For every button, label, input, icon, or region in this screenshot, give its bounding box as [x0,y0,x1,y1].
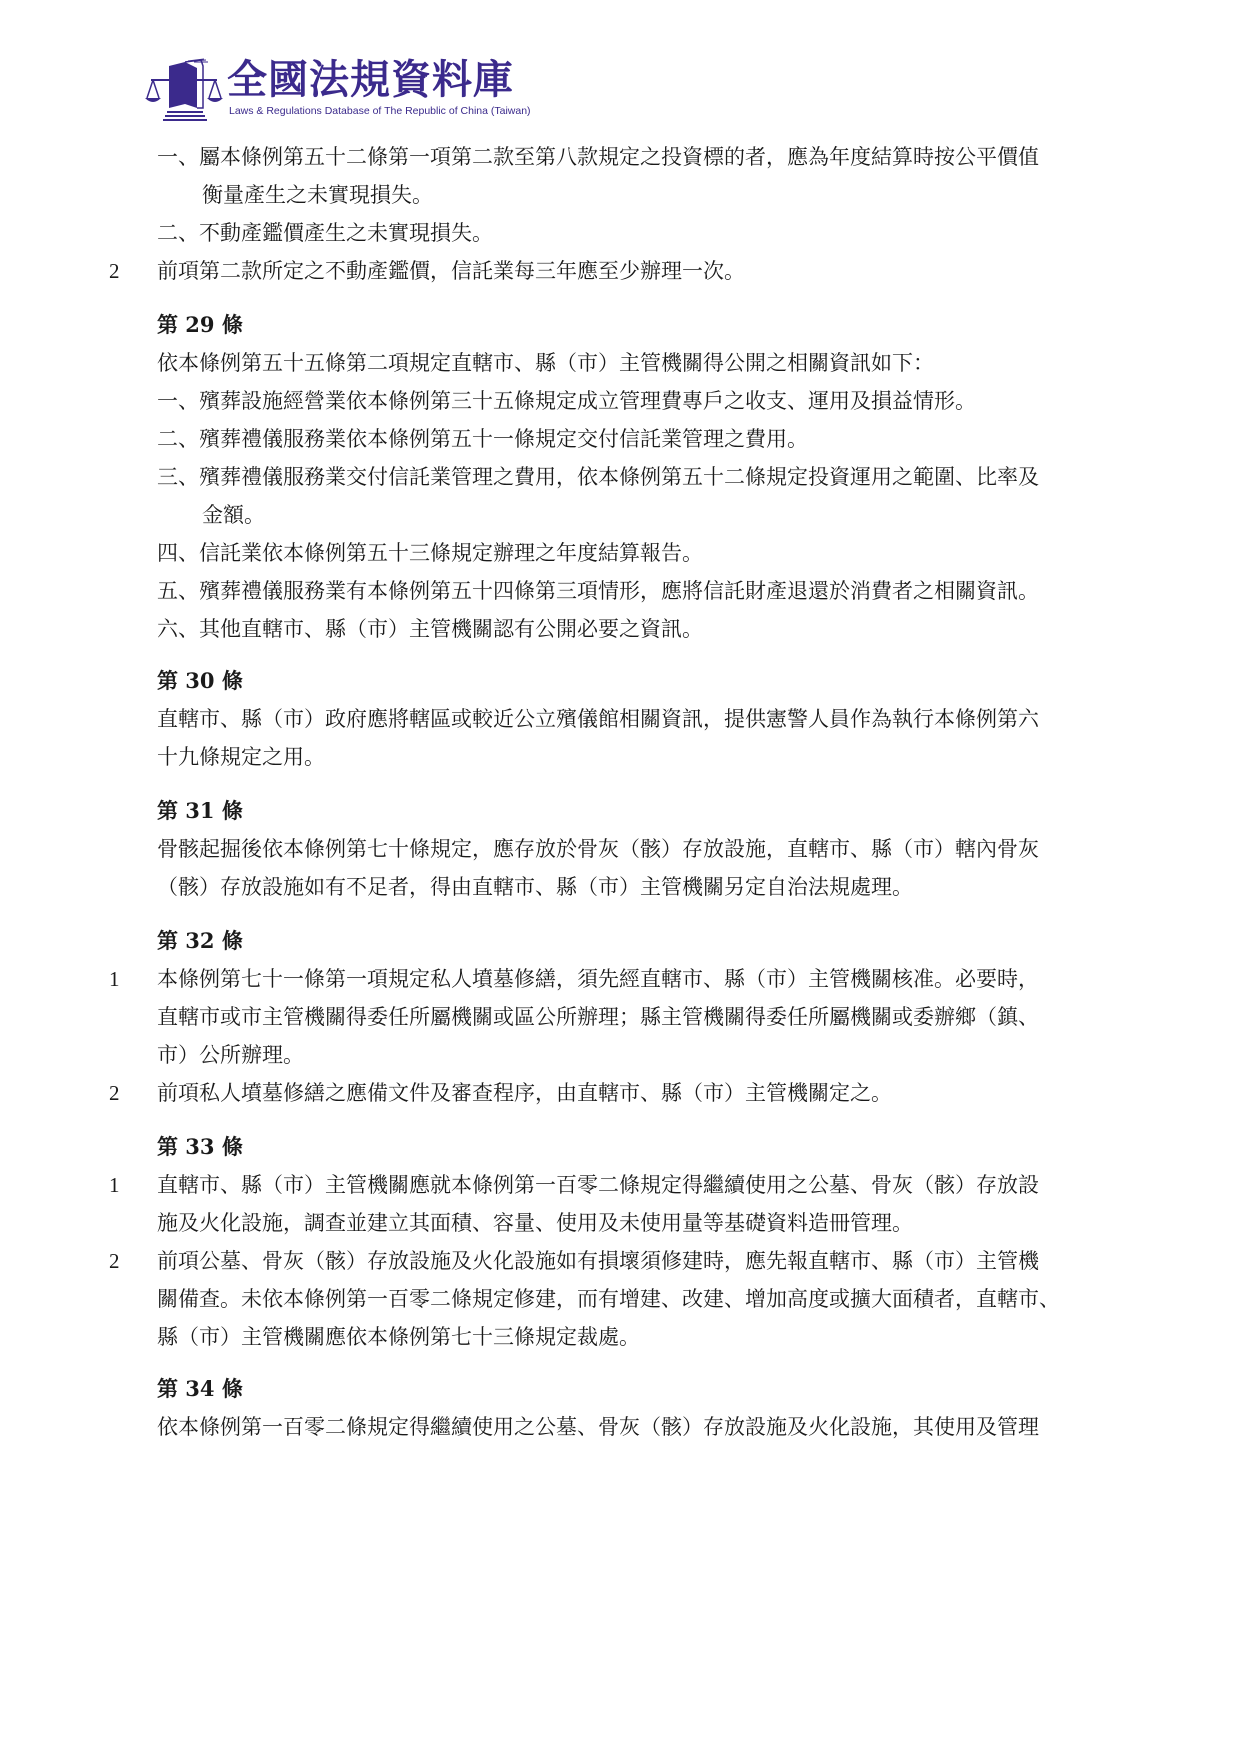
paragraph-text: 六、其他直轄市、縣（市）主管機關認有公開必要之資訊。 [157,614,703,644]
paragraph-text: 二、不動產鑑價產生之未實現損失。 [157,218,493,248]
paragraph-line: 2前項公墓、骨灰（骸）存放設施及火化設施如有損壞須修建時，應先報直轄市、縣（市）… [0,1246,1241,1276]
scales-and-book-icon [145,58,223,124]
paragraph-text: 直轄市、縣（市）政府應將轄區或較近公立殯儀館相關資訊，提供憲警人員作為執行本條例… [157,704,1039,734]
paragraph-text: 一、殯葬設施經營業依本條例第三十五條規定成立管理費專戶之收支、運用及損益情形。 [157,386,976,416]
paragraph-text: 前項私人墳墓修繕之應備文件及審查程序，由直轄市、縣（市）主管機關定之。 [157,1078,892,1108]
paragraph-text: 前項公墓、骨灰（骸）存放設施及火化設施如有損壞須修建時，應先報直轄市、縣（市）主… [157,1246,1039,1276]
paragraph-line: 二、殯葬禮儀服務業依本條例第五十一條規定交付信託業管理之費用。 [0,424,1241,454]
paragraph-line: 2前項第二款所定之不動產鑑價，信託業每三年應至少辦理一次。 [0,256,1241,286]
paragraph-line: 十九條規定之用。 [0,742,1241,772]
article-heading: 第 33 條 [157,1132,243,1162]
paragraph-text: 前項第二款所定之不動產鑑價，信託業每三年應至少辦理一次。 [157,256,745,286]
paragraph-number: 1 [109,1170,120,1200]
paragraph-line: 四、信託業依本條例第五十三條規定辦理之年度結算報告。 [0,538,1241,568]
paragraph-text: 衡量產生之未實現損失。 [202,180,433,210]
paragraph-number: 2 [109,1078,120,1108]
paragraph-text: 市）公所辦理。 [157,1040,304,1070]
paragraph-text: 四、信託業依本條例第五十三條規定辦理之年度結算報告。 [157,538,703,568]
article-heading: 第 31 條 [157,796,243,826]
paragraph-text: 施及火化設施，調查並建立其面積、容量、使用及未使用量等基礎資料造冊管理。 [157,1208,913,1238]
paragraph-text: 縣（市）主管機關應依本條例第七十三條規定裁處。 [157,1322,640,1352]
paragraph-line: 衡量產生之未實現損失。 [0,180,1241,210]
site-logo: 全國法規資料庫 Laws & Regulations Database of T… [145,56,545,126]
paragraph-text: 金額。 [202,500,265,530]
paragraph-line: 六、其他直轄市、縣（市）主管機關認有公開必要之資訊。 [0,614,1241,644]
paragraph-line: 直轄市或市主管機關得委任所屬機關或區公所辦理；縣主管機關得委任所屬機關或委辦鄉（… [0,1002,1241,1032]
paragraph-line: 骨骸起掘後依本條例第七十條規定，應存放於骨灰（骸）存放設施，直轄市、縣（市）轄內… [0,834,1241,864]
article-heading: 第 30 條 [157,666,243,696]
paragraph-line: 2前項私人墳墓修繕之應備文件及審查程序，由直轄市、縣（市）主管機關定之。 [0,1078,1241,1108]
logo-title: 全國法規資料庫 [227,56,514,104]
paragraph-line: 五、殯葬禮儀服務業有本條例第五十四條第三項情形，應將信託財產退還於消費者之相關資… [0,576,1241,606]
paragraph-line: 三、殯葬禮儀服務業交付信託業管理之費用，依本條例第五十二條規定投資運用之範圍、比… [0,462,1241,492]
paragraph-text: 骨骸起掘後依本條例第七十條規定，應存放於骨灰（骸）存放設施，直轄市、縣（市）轄內… [157,834,1039,864]
logo-subtitle: Laws & Regulations Database of The Repub… [229,105,531,117]
paragraph-text: 一、屬本條例第五十二條第一項第二款至第八款規定之投資標的者，應為年度結算時按公平… [157,142,1039,172]
paragraph-line: 金額。 [0,500,1241,530]
paragraph-line: 一、屬本條例第五十二條第一項第二款至第八款規定之投資標的者，應為年度結算時按公平… [0,142,1241,172]
paragraph-text: 二、殯葬禮儀服務業依本條例第五十一條規定交付信託業管理之費用。 [157,424,808,454]
paragraph-text: 依本條例第一百零二條規定得繼續使用之公墓、骨灰（骸）存放設施及火化設施，其使用及… [157,1412,1039,1442]
paragraph-line: 二、不動產鑑價產生之未實現損失。 [0,218,1241,248]
paragraph-text: 三、殯葬禮儀服務業交付信託業管理之費用，依本條例第五十二條規定投資運用之範圍、比… [157,462,1039,492]
paragraph-line: 縣（市）主管機關應依本條例第七十三條規定裁處。 [0,1322,1241,1352]
paragraph-line: 依本條例第一百零二條規定得繼續使用之公墓、骨灰（骸）存放設施及火化設施，其使用及… [0,1412,1241,1442]
paragraph-line: 施及火化設施，調查並建立其面積、容量、使用及未使用量等基礎資料造冊管理。 [0,1208,1241,1238]
paragraph-text: 直轄市、縣（市）主管機關應就本條例第一百零二條規定得繼續使用之公墓、骨灰（骸）存… [157,1170,1039,1200]
paragraph-line: 依本條例第五十五條第二項規定直轄市、縣（市）主管機關得公開之相關資訊如下： [0,348,1241,378]
paragraph-line: 1直轄市、縣（市）主管機關應就本條例第一百零二條規定得繼續使用之公墓、骨灰（骸）… [0,1170,1241,1200]
paragraph-line: 1本條例第七十一條第一項規定私人墳墓修繕，須先經直轄市、縣（市）主管機關核准。必… [0,964,1241,994]
paragraph-text: 直轄市或市主管機關得委任所屬機關或區公所辦理；縣主管機關得委任所屬機關或委辦鄉（… [157,1002,1039,1032]
paragraph-line: 一、殯葬設施經營業依本條例第三十五條規定成立管理費專戶之收支、運用及損益情形。 [0,386,1241,416]
article-heading: 第 32 條 [157,926,243,956]
paragraph-line: 市）公所辦理。 [0,1040,1241,1070]
article-heading: 第 29 條 [157,310,243,340]
paragraph-line: 關備查。未依本條例第一百零二條規定修建，而有增建、改建、增加高度或擴大面積者，直… [0,1284,1241,1314]
paragraph-text: 五、殯葬禮儀服務業有本條例第五十四條第三項情形，應將信託財產退還於消費者之相關資… [157,576,1039,606]
paragraph-number: 2 [109,1246,120,1276]
paragraph-text: 依本條例第五十五條第二項規定直轄市、縣（市）主管機關得公開之相關資訊如下： [157,348,934,378]
paragraph-text: 關備查。未依本條例第一百零二條規定修建，而有增建、改建、增加高度或擴大面積者，直… [157,1284,1060,1314]
paragraph-text: 本條例第七十一條第一項規定私人墳墓修繕，須先經直轄市、縣（市）主管機關核准。必要… [157,964,1039,994]
paragraph-text: 十九條規定之用。 [157,742,325,772]
paragraph-text: （骸）存放設施如有不足者，得由直轄市、縣（市）主管機關另定自治法規處理。 [157,872,913,902]
paragraph-line: （骸）存放設施如有不足者，得由直轄市、縣（市）主管機關另定自治法規處理。 [0,872,1241,902]
paragraph-number: 1 [109,964,120,994]
paragraph-line: 直轄市、縣（市）政府應將轄區或較近公立殯儀館相關資訊，提供憲警人員作為執行本條例… [0,704,1241,734]
paragraph-number: 2 [109,256,120,286]
article-heading: 第 34 條 [157,1374,243,1404]
